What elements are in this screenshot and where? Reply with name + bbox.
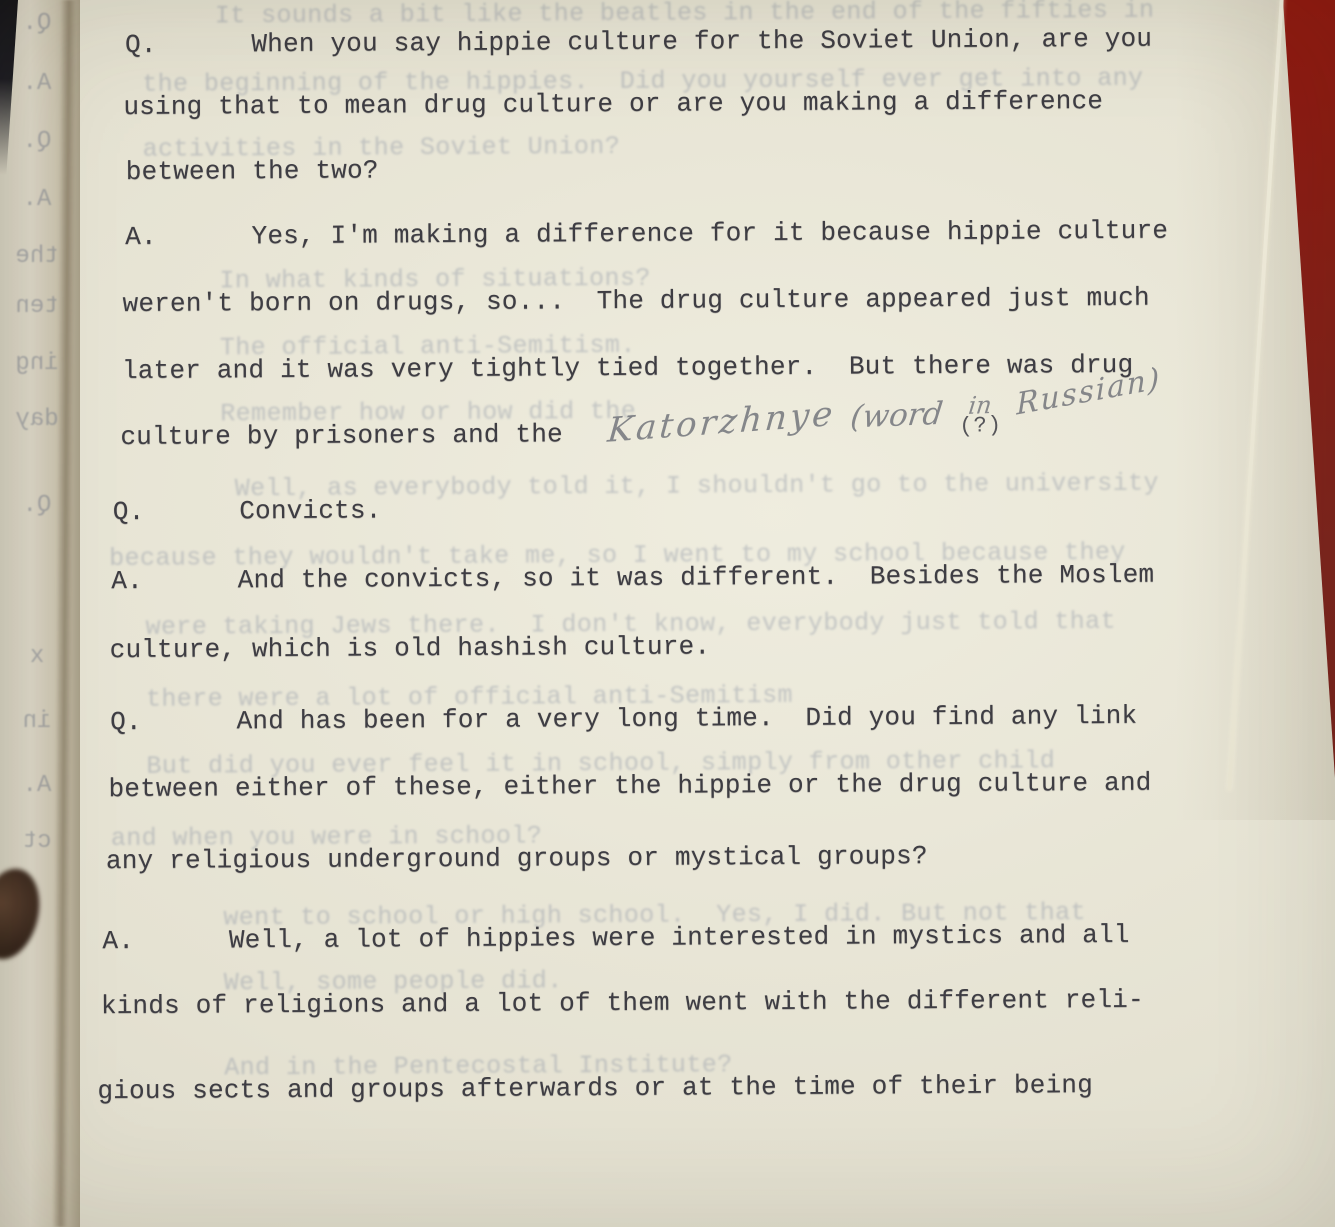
typed-line: using that to mean drug culture or are y…: [123, 86, 1103, 122]
typed-question-mark: (?): [959, 414, 1002, 440]
typed-line: weren't born on drugs, so... The drug cu…: [123, 283, 1150, 319]
typed-line: kinds of religions and a lot of them wen…: [101, 985, 1144, 1021]
typed-line: Q. When you say hippie culture for the S…: [125, 24, 1152, 60]
typed-line: between either of these, either the hipp…: [108, 768, 1151, 804]
typed-line: A. And the convicts, so it was different…: [111, 560, 1154, 596]
typed-line: Q. And has been for a very long time. Di…: [110, 701, 1137, 737]
handwriting-in-stack: in (?): [958, 396, 1002, 440]
typed-line: A. Yes, I'm making a difference for it b…: [125, 216, 1168, 252]
typed-line: later and it was very tightly tied toget…: [122, 350, 1134, 386]
typed-line: Q. Convicts.: [113, 495, 382, 527]
handwriting-paren-open: (word: [849, 394, 945, 436]
typed-line: gious sects and groups afterwards or at …: [97, 1070, 1093, 1106]
typed-line: any religious underground groups or myst…: [106, 841, 928, 876]
typed-line: culture, which is old hashish culture.: [110, 631, 711, 665]
typed-line: A. Well, a lot of hippies were intereste…: [102, 920, 1129, 956]
photographed-document: It sounds a bit like the beatles in the …: [0, 0, 1335, 1227]
typed-line: between the two?: [126, 155, 379, 187]
typed-text-layer: Q. When you say hippie culture for the S…: [0, 0, 1335, 1227]
typed-line: culture by prisoners and the: [120, 419, 563, 452]
